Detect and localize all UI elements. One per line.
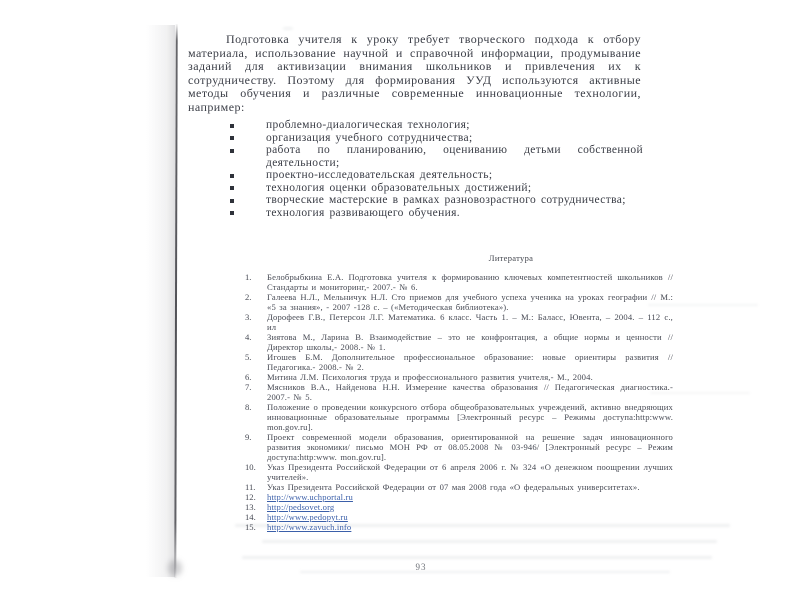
reference-item: 13.http://pedsovet.org (245, 502, 673, 512)
reference-item: 9.Проект современной модели образования,… (245, 432, 673, 462)
list-item: организация учебного сотрудничества; (229, 132, 643, 145)
page-number: 93 (400, 562, 442, 572)
page-edge-line (174, 24, 177, 578)
reference-number: 7. (245, 382, 263, 392)
bullet-text: творческие мастерские в рамках разновозр… (266, 194, 626, 206)
reference-link[interactable]: http://www.uchportal.ru (267, 492, 353, 502)
bullet-square-icon (230, 124, 234, 128)
reference-item: 10.Указ Президента Российской Федерации … (245, 462, 673, 482)
reference-text: Мясников В.А., Найденова Н.Н. Измерение … (267, 382, 673, 402)
scan-artifact (242, 556, 712, 559)
intro-paragraph: Подготовка учителя к уроку требует творч… (188, 33, 641, 115)
list-item: проблемно-диалогическая технология; (229, 119, 643, 132)
reference-number: 8. (245, 402, 263, 412)
reference-item: 3.Дорофеев Г.В., Петерсон Л.Г. Математик… (245, 312, 673, 332)
scan-artifact (283, 27, 293, 30)
reference-item: 2.Галеева Н.Л., Мельничук Н.Л. Сто прием… (245, 292, 673, 312)
reference-number: 14. (245, 512, 263, 522)
reference-item: 7.Мясников В.А., Найденова Н.Н. Измерени… (245, 382, 673, 402)
reference-link[interactable]: http://www.zavuch.info (267, 522, 351, 532)
reference-text: Указ Президента Российской Федерации от … (267, 482, 640, 492)
list-item: проектно-исследовательская деятельность; (229, 169, 643, 182)
reference-item: 15.http://www.zavuch.info (245, 522, 673, 532)
reference-number: 15. (245, 522, 263, 532)
reference-item: 11.Указ Президента Российской Федерации … (245, 482, 673, 492)
list-item: технология развивающего обучения. (229, 207, 643, 220)
reference-number: 6. (245, 372, 263, 382)
bullet-square-icon (230, 136, 234, 140)
bibliography-section: Литература 1.Белобрыбкина Е.А. Подготовк… (245, 253, 675, 532)
reference-number: 9. (245, 432, 263, 442)
reference-link[interactable]: http://www.pedopyt.ru (267, 512, 348, 522)
reference-text: Зиятова М., Ларина В. Взаимодействие – э… (267, 332, 673, 352)
reference-text: Митина Л.М. Психология труда и профессио… (267, 372, 593, 382)
page-fold-shadow (146, 25, 175, 577)
bullet-text: проблемно-диалогическая технология; (266, 119, 470, 131)
reference-text: Положение о проведении конкурсного отбор… (267, 402, 673, 432)
reference-text: Белобрыбкина Е.А. Подготовка учителя к ф… (267, 272, 673, 292)
reference-number: 5. (245, 352, 263, 362)
reference-text: Галеева Н.Л., Мельничук Н.Л. Сто приемов… (267, 292, 673, 312)
reference-item: 1.Белобрыбкина Е.А. Подготовка учителя к… (245, 272, 673, 292)
list-item: творческие мастерские в рамках разновозр… (229, 194, 643, 207)
reference-number: 11. (245, 482, 263, 492)
bullet-square-icon (230, 199, 234, 203)
bullet-square-icon (230, 211, 234, 215)
bullet-square-icon (230, 186, 234, 190)
reference-number: 4. (245, 332, 263, 342)
reference-text: Игошев Б.М. Дополнительное профессиональ… (267, 352, 673, 372)
reference-link[interactable]: http://pedsovet.org (267, 502, 334, 512)
reference-item: 8.Положение о проведении конкурсного отб… (245, 402, 673, 432)
reference-number: 13. (245, 502, 263, 512)
page-edge-smudge (168, 560, 182, 576)
bullet-text: работа по планированию, оцениванию детьм… (266, 144, 643, 169)
technologies-bullet-list: проблемно-диалогическая технология; орга… (229, 119, 643, 219)
reference-list: 1.Белобрыбкина Е.А. Подготовка учителя к… (245, 272, 673, 532)
reference-text: Дорофеев Г.В., Петерсон Л.Г. Математика.… (267, 312, 673, 332)
bullet-text: проектно-исследовательская деятельность; (266, 169, 492, 181)
reference-item: 14.http://www.pedopyt.ru (245, 512, 673, 522)
list-item: технология оценки образовательных достиж… (229, 182, 643, 195)
reference-item: 12.http://www.uchportal.ru (245, 492, 673, 502)
reference-number: 1. (245, 272, 263, 282)
reference-number: 2. (245, 292, 263, 302)
reference-number: 3. (245, 312, 263, 322)
scan-artifact (262, 540, 717, 543)
reference-item: 5.Игошев Б.М. Дополнительное профессиона… (245, 352, 673, 372)
bullet-text: организация учебного сотрудничества; (266, 132, 473, 144)
reference-text: Указ Президента Российской Федерации от … (267, 462, 673, 482)
bullet-square-icon (230, 149, 234, 153)
reference-item: 4.Зиятова М., Ларина В. Взаимодействие –… (245, 332, 673, 352)
bullet-square-icon (230, 174, 234, 178)
reference-number: 12. (245, 492, 263, 502)
bullet-text: технология оценки образовательных достиж… (266, 182, 531, 194)
reference-text: Проект современной модели образования, о… (267, 432, 673, 462)
scanned-document-page: Подготовка учителя к уроку требует творч… (0, 0, 800, 600)
scan-artifact (300, 571, 670, 573)
bullet-text: технология развивающего обучения. (266, 207, 460, 219)
list-item: работа по планированию, оцениванию детьм… (229, 144, 643, 169)
reference-number: 10. (245, 462, 263, 472)
reference-item: 6.Митина Л.М. Психология труда и професс… (245, 372, 673, 382)
bibliography-heading: Литература (347, 253, 675, 263)
